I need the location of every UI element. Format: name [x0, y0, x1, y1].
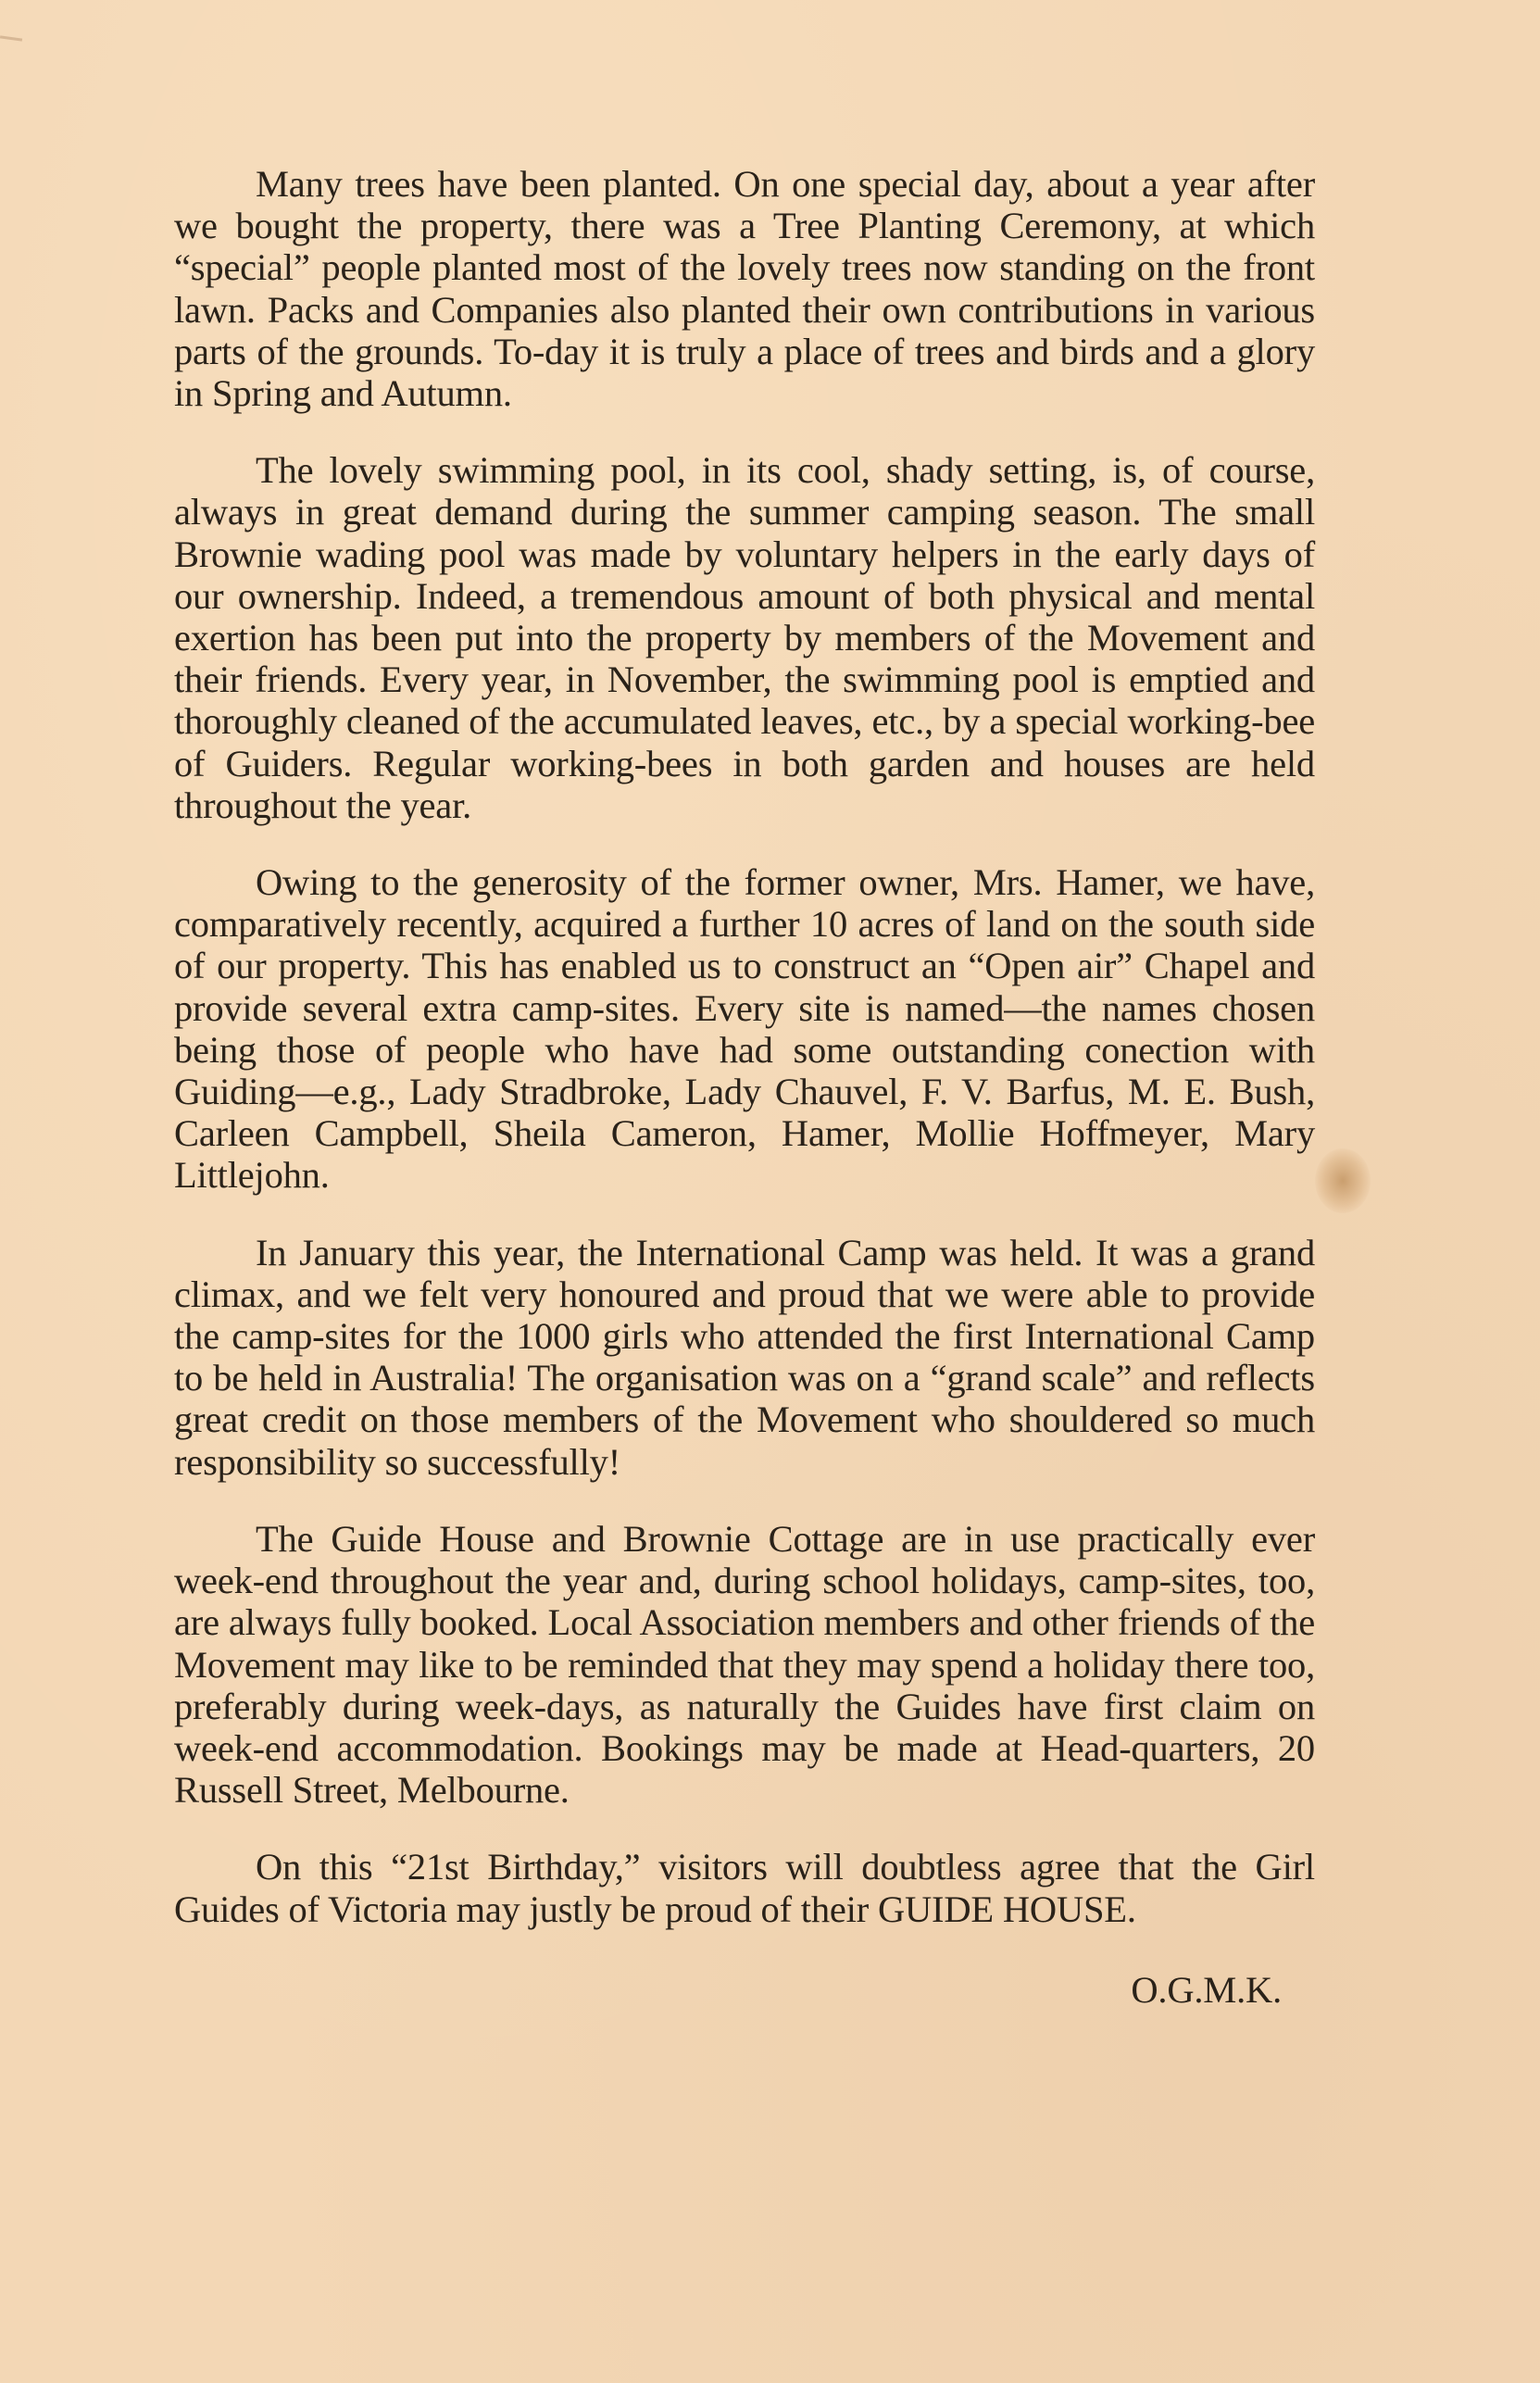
- paragraph-tree-planting: Many trees have been planted. On one spe…: [174, 163, 1315, 414]
- text-column: Many trees have been planted. On one spe…: [174, 163, 1315, 2011]
- scanned-page: Many trees have been planted. On one spe…: [0, 0, 1540, 2383]
- paragraph-international-camp: In January this year, the International …: [174, 1232, 1315, 1483]
- paragraph-bookings: The Guide House and Brownie Cottage are …: [174, 1518, 1315, 1811]
- paragraph-swimming-pool: The lovely swimming pool, in its cool, s…: [174, 449, 1315, 826]
- paragraph-additional-land: Owing to the generosity of the former ow…: [174, 861, 1315, 1197]
- paragraph-21st-birthday: On this “21st Birthday,” visitors will d…: [174, 1846, 1315, 1929]
- paper-stain: [1315, 1148, 1371, 1213]
- paper-crease-mark: [0, 35, 22, 41]
- author-signature: O.G.M.K.: [174, 1969, 1315, 2011]
